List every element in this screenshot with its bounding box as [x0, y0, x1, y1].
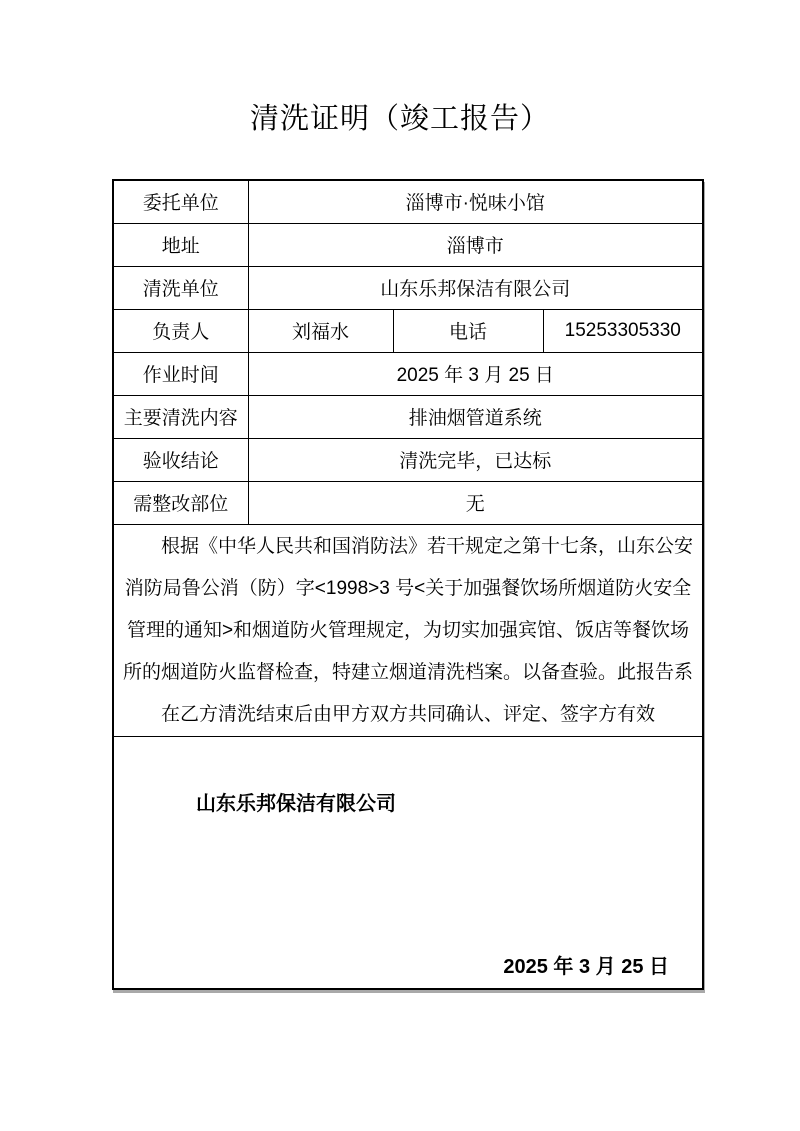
table-row-work-date: 作业时间 2025 年 3 月 25 日	[113, 352, 703, 395]
signature-company: 山东乐邦保洁有限公司	[196, 787, 396, 816]
cell-value-cleaning-content: 排油烟管道系统	[248, 395, 703, 438]
cell-value-person-in-charge: 刘福水	[248, 309, 393, 352]
cell-value-cleaning-unit: 山东乐邦保洁有限公司	[248, 266, 703, 309]
cell-value-entrusting-unit: 淄博市·悦味小馆	[248, 180, 703, 223]
table-row-person-in-charge: 负责人 刘福水 电话 15253305330	[113, 309, 703, 352]
row-label-phone: 电话	[393, 309, 543, 352]
cell-value-address: 淄博市	[248, 223, 703, 266]
row-label-rectification-parts: 需整改部位	[113, 481, 248, 524]
document-title: 清洗证明（竣工报告）	[0, 96, 800, 137]
cell-value-phone: 15253305330	[543, 309, 703, 352]
table-row-rectification-parts: 需整改部位 无	[113, 481, 703, 524]
table-row-cleaning-content: 主要清洗内容 排油烟管道系统	[113, 395, 703, 438]
row-label-acceptance-conclusion: 验收结论	[113, 438, 248, 481]
report-table: 委托单位 淄博市·悦味小馆 地址 淄博市 清洗单位 山东乐邦保洁有限公司 负责人…	[112, 179, 704, 990]
signature-cell: 山东乐邦保洁有限公司 2025 年 3 月 25 日	[113, 736, 703, 989]
row-label-address: 地址	[113, 223, 248, 266]
row-label-cleaning-content: 主要清洗内容	[113, 395, 248, 438]
document-page: 清洗证明（竣工报告） 委托单位 淄博市·悦味小馆 地址 淄博市 清洗单位 山东乐…	[0, 0, 800, 1131]
table-row-acceptance-conclusion: 验收结论 清洗完毕，已达标	[113, 438, 703, 481]
table-row-entrusting-unit: 委托单位 淄博市·悦味小馆	[113, 180, 703, 223]
cell-value-acceptance-conclusion: 清洗完毕，已达标	[248, 438, 703, 481]
row-label-person-in-charge: 负责人	[113, 309, 248, 352]
signature-date: 2025 年 3 月 25 日	[503, 950, 669, 979]
cell-value-rectification-parts: 无	[248, 481, 703, 524]
cell-value-work-date: 2025 年 3 月 25 日	[248, 352, 703, 395]
row-label-cleaning-unit: 清洗单位	[113, 266, 248, 309]
table-row-cleaning-unit: 清洗单位 山东乐邦保洁有限公司	[113, 266, 703, 309]
table-row-signature: 山东乐邦保洁有限公司 2025 年 3 月 25 日	[113, 736, 703, 989]
table-row-regulation-note: 根据《中华人民共和国消防法》若干规定之第十七条，山东公安消防局鲁公消（防）字<1…	[113, 524, 703, 736]
regulation-note: 根据《中华人民共和国消防法》若干规定之第十七条，山东公安消防局鲁公消（防）字<1…	[113, 524, 703, 736]
row-label-work-date: 作业时间	[113, 352, 248, 395]
row-label-entrusting-unit: 委托单位	[113, 180, 248, 223]
table-row-address: 地址 淄博市	[113, 223, 703, 266]
